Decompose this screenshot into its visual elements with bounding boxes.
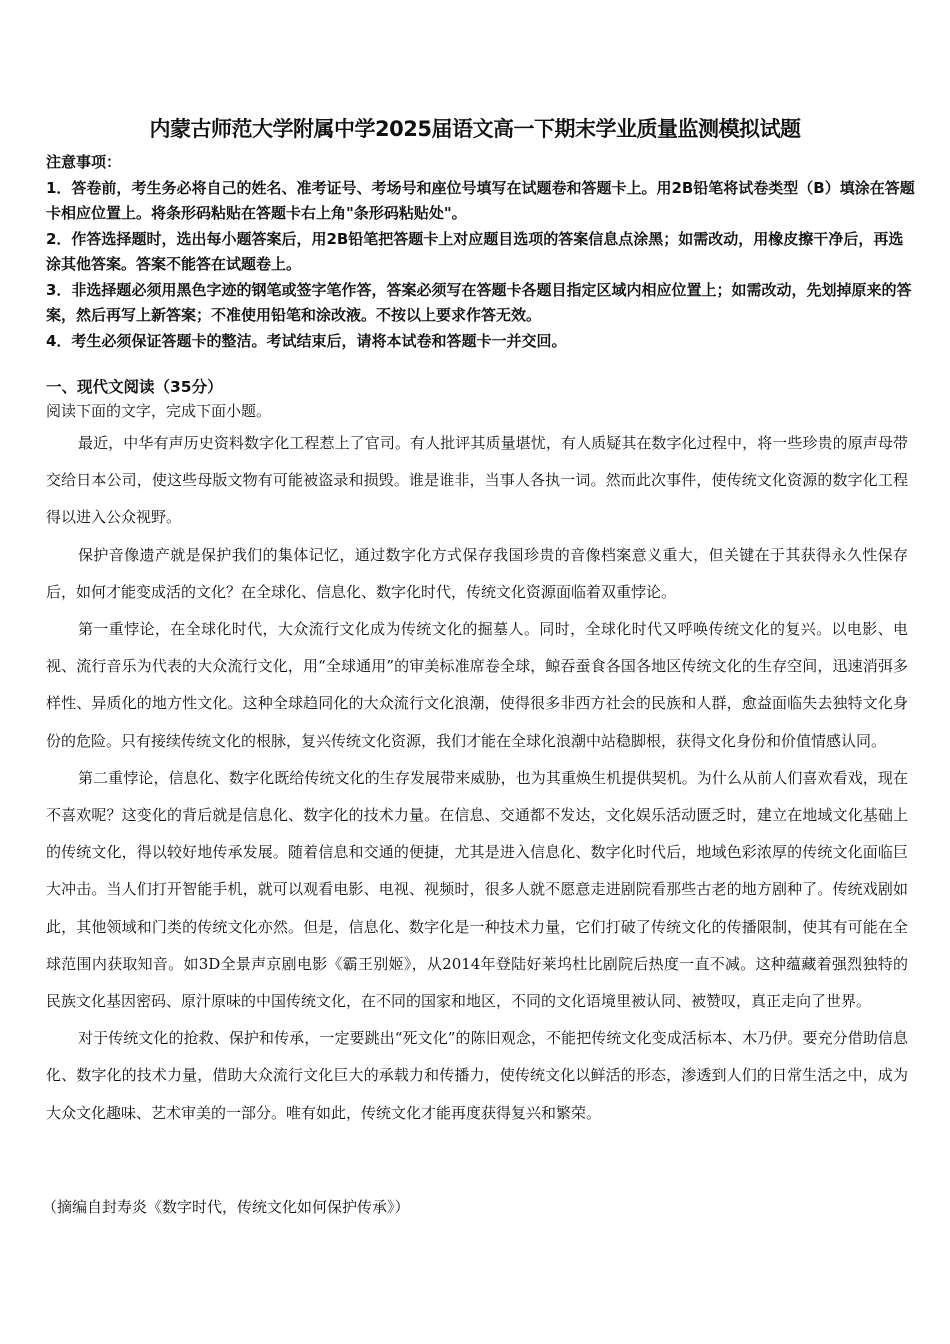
passage-paragraph: 第一重悖论，在全球化时代，大众流行文化成为传统文化的掘墓人。同时，全球化时代又呼…: [46, 611, 908, 760]
notice-heading: 注意事项：: [46, 150, 916, 176]
passage-paragraph: 最近，中华有声历史资料数字化工程惹上了官司。有人批评其质量堪忧，有人质疑其在数字…: [46, 425, 908, 537]
passage-paragraph: 第二重悖论，信息化、数字化既给传统文化的生存发展带来威胁，也为其重焕生机提供契机…: [46, 760, 908, 1020]
notice-block: 注意事项： 1．答卷前，考生务必将自己的姓名、准考证号、考场号和座位号填写在试题…: [46, 150, 916, 354]
passage-paragraph: 保护音像遗产就是保护我们的集体记忆，通过数字化方式保存我国珍贵的音像档案意义重大…: [46, 537, 908, 611]
section-title: 一、现代文阅读（35分）: [46, 375, 916, 399]
exam-title: 内蒙古师范大学附属中学2025届语文高一下期末学业质量监测模拟试题: [0, 113, 950, 143]
notice-item: 1．答卷前，考生务必将自己的姓名、准考证号、考场号和座位号填写在试题卷和答题卡上…: [46, 176, 916, 227]
notice-item: 2．作答选择题时，选出每小题答案后，用2B铅笔把答题卡上对应题目选项的答案信息点…: [46, 227, 916, 278]
notice-item: 4．考生必须保证答题卡的整洁。考试结束后，请将本试卷和答题卡一并交回。: [46, 329, 916, 355]
section-header: 一、现代文阅读（35分） 阅读下面的文字，完成下面小题。: [46, 375, 916, 423]
reading-passage: 最近，中华有声历史资料数字化工程惹上了官司。有人批评其质量堪忧，有人质疑其在数字…: [46, 425, 908, 1132]
passage-source: （摘编自封寿炎《数字时代，传统文化如何保护传承》）: [42, 1196, 410, 1217]
section-instruction: 阅读下面的文字，完成下面小题。: [46, 399, 916, 423]
passage-paragraph: 对于传统文化的抢救、保护和传承，一定要跳出“死文化”的陈旧观念，不能把传统文化变…: [46, 1020, 908, 1132]
notice-item: 3．非选择题必须用黑色字迹的钢笔或签字笔作答，答案必须写在答题卡各题目指定区域内…: [46, 278, 916, 329]
exam-page: 内蒙古师范大学附属中学2025届语文高一下期末学业质量监测模拟试题 注意事项： …: [0, 0, 950, 1344]
